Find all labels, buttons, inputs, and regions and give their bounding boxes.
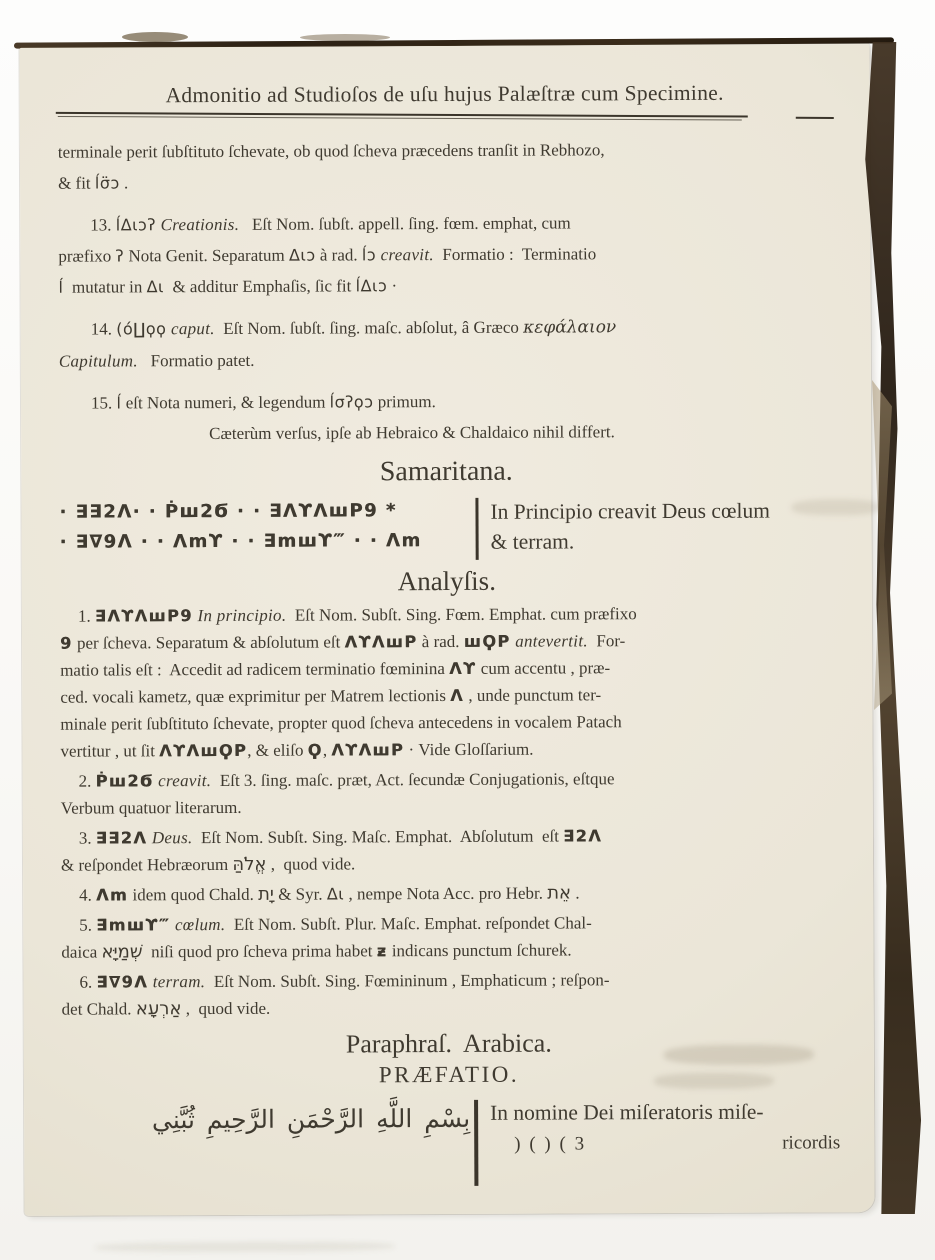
latin-text: terminale perit ſubſtituto ſchevate, ob … (58, 140, 605, 161)
text-line: vertitur , ut ſit ΛϒΛшϘΡ, & eliſo Ϙ, ΛϒΛ… (60, 734, 832, 764)
latin-text: Eſt Nom. Subſt. Sing. Fœm. Emphat. cum p… (286, 604, 636, 625)
latin-text: præfixo (58, 246, 115, 265)
italic-latin-text: antevertit. (511, 631, 588, 650)
syriac-word: Διɔ (289, 246, 316, 265)
text-line: det Chald. אַרְעָא , quod vide. (62, 992, 834, 1022)
italic-latin-text: Capitulum. (59, 351, 138, 370)
latin-text: 6. (79, 973, 96, 992)
latin-text: 2. (79, 772, 96, 791)
text-line: daica שְׁמַיָּא niſi quod pro ſcheva pri… (61, 935, 833, 965)
latin-text: ced. vocali kametz, quæ exprimitur per M… (60, 686, 450, 707)
latin-text: Nota Genit. Separatum (124, 246, 289, 266)
syriac-word: ĺΔιɔʔ (116, 215, 156, 234)
running-head: Admonitio ad Studioſos de uſu hujus Palæ… (50, 80, 840, 108)
paragraph: 1. ∃ΛϒΛшΡ9 In principio. Eſt Nom. Subſt.… (60, 599, 833, 764)
praefatio-heading: PRÆFATIO. (24, 1060, 874, 1090)
latin-text: Verbum quatuor literarum. (61, 798, 242, 818)
hebrew-word: אַרְעָא (136, 998, 182, 1019)
text-line: matio talis eſt : Accedit ad radicem ter… (60, 653, 832, 683)
latin-text: 3. (79, 829, 96, 848)
text-line: minale perit ſubſtituto ſchevate, propte… (60, 707, 832, 737)
syriac-word: ĺσ̈ɔ (95, 173, 120, 192)
book-edge-wear (122, 32, 188, 42)
latin-text: daica (61, 943, 101, 962)
text-line: præfixo ʔ Nota Genit. Separatum Διɔ à ra… (58, 237, 830, 271)
samaritana-verse-block: · ∃∃2Λ· · Ṗш2Ϭ · · ∃ΛϒΛшΡ9 * · ∃∇9Λ · · … (59, 494, 841, 561)
latin-text: 14. (91, 319, 117, 338)
show-through-stain (95, 1241, 395, 1252)
latin-text: eſt Nota numeri, & legendum (121, 393, 329, 413)
latin-text: Eſt 3. ſing. maſc. præt, Act. ſecundæ Co… (211, 769, 614, 790)
latin-text: mutatur in (63, 277, 146, 296)
latin-text: , nempe Nota Acc. pro Hebr. (344, 884, 547, 904)
samaritan-word: Ṗш2Ϭ (96, 771, 154, 790)
italic-latin-text: Creationis. (156, 215, 239, 234)
latin-text: 15. (91, 393, 117, 412)
italic-latin-text: creavit. (376, 245, 434, 264)
latin-text: matio talis eſt : Accedit ad radicem ter… (60, 659, 449, 680)
latin-text: minale perit ſubſtituto ſchevate, propte… (60, 712, 621, 733)
latin-text: 13. (90, 215, 116, 234)
latin-text: , (323, 741, 332, 760)
text-line: ĺ mutatur in Δι & additur Emphaſis, ſic … (58, 268, 830, 302)
latin-text: niſi quod pro ſcheva prima habet (143, 941, 377, 961)
latin-text: Eſt Nom. ſubſt. appell. ſing. fœm. empha… (239, 213, 571, 233)
text-line: 14. (ό∐ϙϙ caput. Eſt Nom. ſubſt. ſing. m… (59, 310, 831, 345)
samaritan-word: Λϒ (449, 659, 476, 678)
hebrew-word: יָת (258, 884, 274, 905)
text-line: Verbum quatuor literarum. (61, 791, 833, 821)
text-line: Cæterùm verſus, ipſe ab Hebraico & Chald… (59, 415, 831, 449)
latin-text: & additur Emphaſis, ſic fit (164, 276, 356, 296)
samaritan-word: ∃∃2Λ (96, 828, 147, 847)
text-line: 9 per ſcheva. Separatum & abſolutum eſt … (60, 626, 832, 656)
latin-text: Eſt Nom. Subſt. Sing. Fœmininum , Emphat… (205, 970, 609, 991)
latin-text: idem quod Chald. (128, 885, 258, 905)
samaritan-word: Λm (96, 885, 128, 904)
latin-text: per ſcheva. Separatum & abſolutum eſt (73, 632, 345, 652)
latin-text: 4. (79, 886, 96, 905)
latin-text: à rad. (417, 632, 463, 651)
latin-text: Eſt Nom. Subſt. Sing. Maſc. Emphat. Abſo… (192, 826, 563, 847)
paragraph: 4. Λm idem quod Chald. יָת & Syr. Δι , n… (61, 878, 833, 908)
latin-text: & Syr. (274, 885, 327, 904)
text-line: terminale perit ſubſtituto ſchevate, ob … (58, 133, 830, 167)
italic-latin-text: terram. (148, 972, 205, 991)
latin-text: , & eliſo (247, 741, 308, 760)
paragraph: 3. ∃∃2Λ Deus. Eſt Nom. Subſt. Sing. Maſc… (61, 821, 833, 878)
samaritan-word: ∃ΛϒΛшΡ9 (95, 606, 193, 625)
latin-text: , quod vide. (266, 854, 355, 873)
samaritan-word: ∃mшϒ‴ (96, 915, 170, 934)
latin-text: à rad. (316, 245, 362, 264)
latin-text: Cæterùm verſus, ipſe ab Hebraico & Chald… (209, 422, 615, 443)
paragraph: 15. ĺ eſt Nota numeri, & legendum ĺσʔϙɔ … (59, 384, 831, 449)
samaritan-word: ΛϒΛшΡ (345, 632, 418, 651)
latin-text: · (387, 276, 397, 295)
latin-text: & reſpondet Hebræorum (61, 855, 232, 875)
body-upper-paragraphs: terminale perit ſubſtituto ſchevate, ob … (58, 133, 831, 449)
latin-text: . (120, 173, 129, 192)
latin-text: cum accentu , præ- (476, 658, 610, 678)
latin-text: . (571, 883, 580, 902)
syriac-word: ĺɔ (362, 245, 376, 264)
latin-text: Eſt Nom. Subſt. Plur. Maſc. Emphat. reſp… (225, 913, 591, 934)
hebrew-word: אֵת (547, 882, 571, 903)
syriac-word: ĺΔιɔ (356, 276, 388, 295)
syriac-word: (ό∐ϙϙ (116, 319, 166, 338)
text-line: 1. ∃ΛϒΛшΡ9 In principio. Eſt Nom. Subſt.… (60, 599, 832, 629)
latin-translation-line-1: In Principio creavit Deus cœlum (490, 496, 770, 527)
text-line: 15. ĺ eſt Nota numeri, & legendum ĺσʔϙɔ … (59, 384, 831, 418)
paragraph: 6. ∃∇9Λ terram. Eſt Nom. Subſt. Sing. Fœ… (61, 965, 833, 1022)
latin-text: indicans punctum ſchurek. (387, 940, 571, 960)
samaritan-word: ΛϒΛшΡ (331, 740, 404, 759)
photo-canvas: Admonitio ad Studioſos de uſu hujus Palæ… (0, 0, 935, 1260)
body-analysis-paragraphs: 1. ∃ΛϒΛшΡ9 In principio. Eſt Nom. Subſt.… (60, 599, 834, 1022)
signature-mark: ) ( ) ( 3 (490, 1129, 586, 1159)
syriac-word: Δι (327, 884, 344, 903)
latin-text: & fit (58, 174, 95, 193)
samaritan-word: 9 (60, 634, 73, 653)
samaritana-heading: Samaritana. (21, 454, 871, 490)
syriac-word: ʔ (115, 246, 124, 265)
greek-word: κεφάλαιον (523, 317, 616, 337)
text-line: 5. ∃mшϒ‴ cœlum. Eſt Nom. Subſt. Plur. Ma… (61, 908, 833, 938)
samaritan-word: Ϙ (308, 741, 323, 760)
latin-translation-line-2: & terram. (491, 526, 771, 557)
arabica-heading: Paraphraſ. Arabica. (24, 1027, 874, 1061)
samaritan-word: ΛϒΛшϘΡ (159, 741, 247, 760)
catchword: ricordis (782, 1128, 842, 1158)
latin-text: , quod vide. (181, 999, 270, 1018)
latin-text: Eſt Nom. ſubſt. ſing. maſc. abſolut, â G… (215, 318, 523, 338)
rule-dash (796, 117, 834, 119)
italic-latin-text: Deus. (147, 828, 192, 847)
samaritan-word: ∃2Λ (563, 826, 602, 845)
latin-text: vertitur , ut ſit (60, 741, 159, 760)
latin-text: For- (588, 631, 626, 650)
text-line: ced. vocali kametz, quæ exprimitur per M… (60, 680, 832, 710)
samaritan-script-line-2: · ∃∇9Λ · · Λmϒ · · ∃mшϒ‴ · · Λm (60, 526, 472, 558)
text-line: 4. Λm idem quod Chald. יָת & Syr. Δι , n… (61, 878, 833, 908)
paragraph: terminale perit ſubſtituto ſchevate, ob … (58, 133, 830, 198)
signature-row: ) ( ) ( 3 ricordis (490, 1128, 842, 1160)
hebrew-word: שְׁמַיָּא (101, 941, 142, 962)
text-line: 2. Ṗш2Ϭ creavit. Eſt 3. ſing. maſc. præt… (61, 764, 833, 794)
latin-translation-column: In nomine Dei miſeratoris miſe- ) ( ) ( … (490, 1096, 842, 1160)
paragraph: 5. ∃mшϒ‴ cœlum. Eſt Nom. Subſt. Plur. Ma… (61, 908, 833, 965)
arabic-text: بِسْمِ اللَّهِ الرَّحْمَنِ الرَّحِيمِ ثُ… (62, 1098, 470, 1138)
book-page: Admonitio ad Studioſos de uſu hujus Palæ… (19, 44, 874, 1216)
latin-translation-column: In Principio creavit Deus cœlum & terram… (490, 495, 770, 557)
latin-text: 5. (79, 916, 96, 935)
latin-translation-line-1: In nomine Dei miſeratoris miſe- (490, 1096, 842, 1128)
paragraph: 13. ĺΔιɔʔ Creationis. Eſt Nom. ſubſt. ap… (58, 206, 830, 302)
syriac-word: Δι (147, 277, 164, 296)
analysis-heading: Analyſis. (22, 564, 872, 599)
arabic-verse-block: بِسْمِ اللَّهِ الرَّحْمَنِ الرَّحِيمِ ثُ… (62, 1096, 844, 1187)
samaritan-word: ƶ (377, 941, 388, 960)
latin-text: · Vide Gloſſarium. (404, 740, 533, 760)
italic-latin-text: cœlum. (170, 915, 225, 934)
samaritan-word: Λ (450, 686, 464, 705)
paragraph: 14. (ό∐ϙϙ caput. Eſt Nom. ſubſt. ſing. m… (59, 310, 831, 376)
text-line: & reſpondet Hebræorum אֱלֹהַּ , quod vid… (61, 848, 833, 878)
hebrew-word: אֱלֹהַּ (232, 854, 266, 875)
samaritan-word: шϘΡ (464, 632, 511, 651)
header-rule (56, 112, 842, 126)
text-line: 3. ∃∃2Λ Deus. Eſt Nom. Subſt. Sing. Maſc… (61, 821, 833, 851)
verse-divider-bar (475, 498, 478, 560)
text-line: Capitulum. Formatio patet. (59, 342, 831, 376)
latin-text: 1. (78, 607, 95, 626)
verse-divider-bar (474, 1100, 478, 1186)
syriac-word: ĺσʔϙɔ (330, 392, 374, 411)
latin-text: det Chald. (62, 999, 136, 1018)
samaritan-script-column: · ∃∃2Λ· · Ṗш2Ϭ · · ∃ΛϒΛшΡ9 * · ∃∇9Λ · · … (59, 496, 471, 558)
paragraph: 2. Ṗш2Ϭ creavit. Eſt 3. ſing. maſc. præt… (61, 764, 833, 821)
latin-text: , unde punctum ter- (464, 685, 601, 705)
latin-text: primum. (373, 392, 435, 411)
italic-latin-text: caput. (166, 319, 214, 338)
latin-text: Formatio : Terminatio (434, 244, 596, 264)
text-line: 13. ĺΔιɔʔ Creationis. Eſt Nom. ſubſt. ap… (58, 206, 830, 240)
latin-text: Formatio patet. (138, 351, 255, 371)
italic-latin-text: creavit. (154, 771, 212, 790)
italic-latin-text: In principio. (193, 606, 287, 625)
samaritan-word: ∃∇9Λ (96, 972, 148, 991)
samaritan-script-line-1: · ∃∃2Λ· · Ṗш2Ϭ · · ∃ΛϒΛшΡ9 * (59, 496, 471, 528)
text-line: 6. ∃∇9Λ terram. Eſt Nom. Subſt. Sing. Fœ… (61, 965, 833, 995)
text-line: & fit ĺσ̈ɔ . (58, 164, 830, 198)
